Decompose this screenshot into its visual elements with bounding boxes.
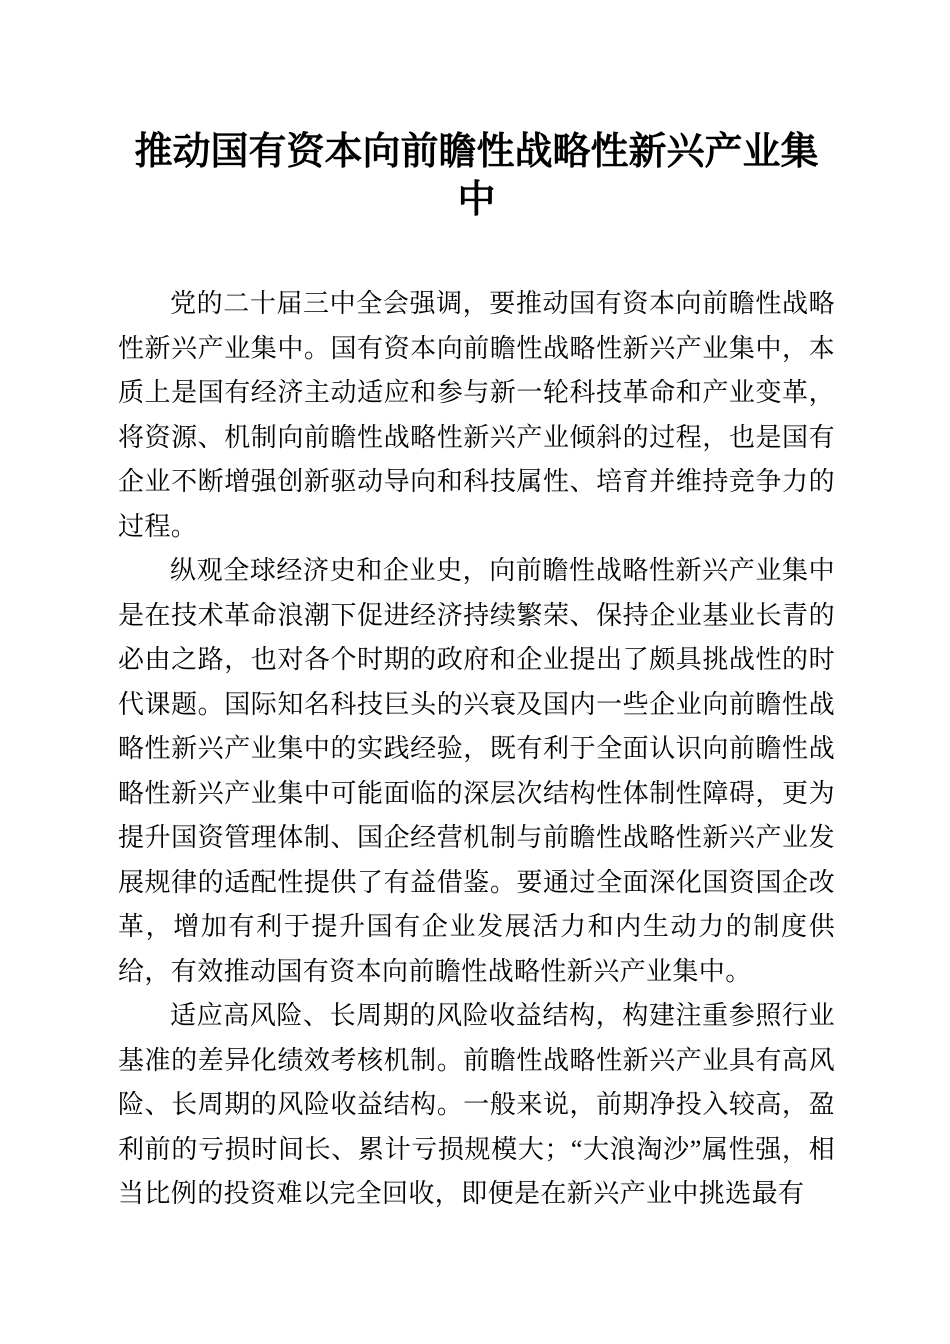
paragraph-2: 纵观全球经济史和企业史，向前瞻性战略性新兴产业集中是在技术革命浪潮下促进经济持续…	[118, 549, 835, 994]
document-page: 推动国有资本向前瞻性战略性新兴产业集中 党的二十届三中全会强调，要推动国有资本向…	[0, 0, 950, 1344]
paragraph-1: 党的二十届三中全会强调，要推动国有资本向前瞻性战略性新兴产业集中。国有资本向前瞻…	[118, 282, 835, 549]
paragraph-3: 适应高风险、长周期的风险收益结构，构建注重参照行业基准的差异化绩效考核机制。前瞻…	[118, 994, 835, 1217]
document-title: 推动国有资本向前瞻性战略性新兴产业集中	[118, 128, 835, 224]
